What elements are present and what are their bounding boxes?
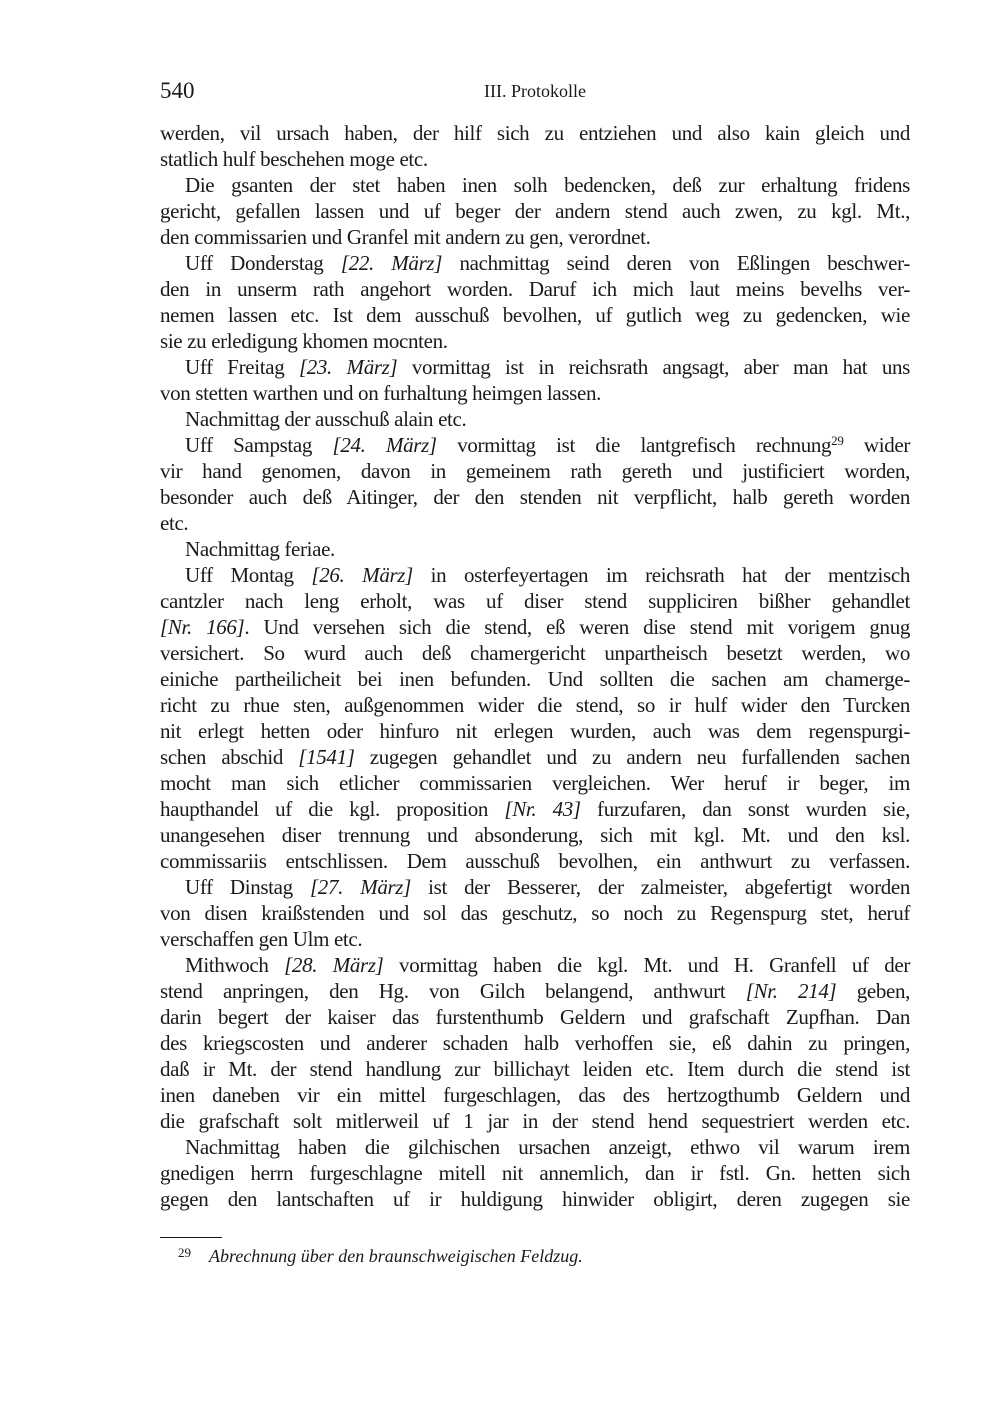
text-line: einiche partheilicheit bei inen befunden… — [160, 666, 910, 692]
footnote: 29Abrechnung über den braunschweigischen… — [178, 1240, 583, 1269]
text-line: inen daneben vir ein mittel furgeschlage… — [160, 1082, 910, 1108]
text-line: Mithwoch [28. März] vormittag haben die … — [160, 952, 910, 978]
text-line: Nachmittag haben die gilchischen ursache… — [160, 1134, 910, 1160]
text-line: commissariis entschlissen. Dem ausschuß … — [160, 848, 910, 874]
text-run: vormittag ist die lantgrefisch rechnung — [437, 433, 831, 457]
text-run: statlich hulf beschehen moge etc. — [160, 147, 428, 171]
text-run: stend anpringen, den Hg. von Gilch belan… — [160, 979, 746, 1003]
text-run: gegen den lantschaften uf ir huldigung h… — [160, 1187, 910, 1211]
text-run: Mithwoch — [185, 953, 284, 977]
text-run: in osterfeyertagen im reichsrath hat der… — [413, 563, 910, 587]
text-line: den in unserm rath angehort worden. Daru… — [160, 276, 910, 302]
footnote-number: 29 — [178, 1245, 191, 1260]
text-run: sie zu erledigung khomen mocnten. — [160, 329, 448, 353]
text-run: schen abschid — [160, 745, 298, 769]
text-run: . Und versehen sich die stend, eß weren … — [244, 615, 910, 639]
text-run: Die gsanten der stet haben inen solh bed… — [185, 173, 910, 197]
text-run: nemen lassen etc. Ist dem ausschuß bevol… — [160, 303, 910, 327]
text-run: unangesehen diser trennung und absonderu… — [160, 823, 910, 847]
text-run: wider — [843, 433, 910, 457]
text-run: versichert. So wurd auch deß chamergeric… — [160, 641, 910, 665]
text-run: commissariis entschlissen. Dem ausschuß … — [160, 849, 910, 873]
text-run: inen daneben vir ein mittel furgeschlage… — [160, 1083, 910, 1107]
text-run: verschaffen gen Ulm etc. — [160, 927, 362, 951]
text-line: den commissarien und Granfel mit andern … — [160, 224, 910, 250]
text-run: einiche partheilicheit bei inen befunden… — [160, 667, 910, 691]
editorial-reference: [Nr. 214] — [746, 979, 837, 1003]
text-line: vir hand genomen, davon in gemeinem rath… — [160, 458, 910, 484]
editorial-reference: [26. März] — [311, 563, 413, 587]
text-run: vormittag ist in reichsrath angsagt, abe… — [397, 355, 910, 379]
text-line: daß ir Mt. der stend handlung zur billic… — [160, 1056, 910, 1082]
text-line: cantzler nach leng erholt, was uf diser … — [160, 588, 910, 614]
text-run: gericht, gefallen lassen und uf beger de… — [160, 199, 910, 223]
text-line: versichert. So wurd auch deß chamergeric… — [160, 640, 910, 666]
text-run: ist der Besserer, der zalmeister, abgefe… — [411, 875, 910, 899]
text-run: Uff Donderstag — [185, 251, 341, 275]
editorial-reference: [28. März] — [284, 953, 383, 977]
text-line: statlich hulf beschehen moge etc. — [160, 146, 910, 172]
text-line: Nachmittag der ausschuß alain etc. — [160, 406, 910, 432]
text-run: etc. — [160, 511, 188, 535]
text-run: Uff Sampstag — [185, 433, 333, 457]
text-run: Nachmittag der ausschuß alain etc. — [185, 407, 466, 431]
text-run: daß ir Mt. der stend handlung zur billic… — [160, 1057, 910, 1081]
text-line: die grafschaft solt mitlerweil uf 1 jar … — [160, 1108, 910, 1134]
footnote-reference: 29 — [831, 433, 843, 448]
text-line: unangesehen diser trennung und absonderu… — [160, 822, 910, 848]
text-run: zugegen gehandlet und zu andern neu furf… — [355, 745, 910, 769]
text-line: nit erlegt hetten oder hinfuro nit erleg… — [160, 718, 910, 744]
footnote-text: Abrechnung über den braunschweigischen F… — [209, 1246, 583, 1266]
text-line: verschaffen gen Ulm etc. — [160, 926, 910, 952]
body-text: werden, vil ursach haben, der hilf sich … — [160, 120, 910, 1212]
text-line: nemen lassen etc. Ist dem ausschuß bevol… — [160, 302, 910, 328]
text-line: gericht, gefallen lassen und uf beger de… — [160, 198, 910, 224]
text-run: cantzler nach leng erholt, was uf diser … — [160, 589, 910, 613]
footnote-rule — [160, 1237, 222, 1238]
text-run: Uff Freitag — [185, 355, 299, 379]
text-line: [Nr. 166]. Und versehen sich die stend, … — [160, 614, 910, 640]
text-line: von stetten warthen und on furhaltung he… — [160, 380, 910, 406]
text-run: geben, — [836, 979, 910, 1003]
text-line: Uff Freitag [23. März] vormittag ist in … — [160, 354, 910, 380]
editorial-reference: [Nr. 43] — [504, 797, 580, 821]
text-run: furzufaren, dan sonst wurden sie, — [581, 797, 910, 821]
text-line: darin begert der kaiser das furstenthumb… — [160, 1004, 910, 1030]
text-run: des kriegscosten und anderer schaden hal… — [160, 1031, 910, 1055]
text-run: richt zu rhue sten, außgenommen wider di… — [160, 693, 910, 717]
text-run: Nachmittag feriae. — [185, 537, 335, 561]
text-line: Uff Sampstag [24. März] vormittag ist di… — [160, 432, 910, 458]
text-run: die grafschaft solt mitlerweil uf 1 jar … — [160, 1109, 910, 1133]
text-line: Uff Donderstag [22. März] nachmittag sei… — [160, 250, 910, 276]
text-run: werden, vil ursach haben, der hilf sich … — [160, 121, 910, 145]
text-run: von stetten warthen und on furhaltung he… — [160, 381, 601, 405]
page-header: 540 III. Protokolle — [160, 78, 910, 108]
text-run: Uff Montag — [185, 563, 311, 587]
text-line: gnedigen herrn furgeschlagne mitell nit … — [160, 1160, 910, 1186]
text-line: des kriegscosten und anderer schaden hal… — [160, 1030, 910, 1056]
text-line: gegen den lantschaften uf ir huldigung h… — [160, 1186, 910, 1212]
text-run: den commissarien und Granfel mit andern … — [160, 225, 651, 249]
text-line: Nachmittag feriae. — [160, 536, 910, 562]
editorial-reference: [27. März] — [310, 875, 411, 899]
text-run: vormittag haben die kgl. Mt. und H. Gran… — [383, 953, 910, 977]
text-line: richt zu rhue sten, außgenommen wider di… — [160, 692, 910, 718]
text-run: darin begert der kaiser das furstenthumb… — [160, 1005, 910, 1029]
text-line: schen abschid [1541] zugegen gehandlet u… — [160, 744, 910, 770]
text-line: haupthandel uf die kgl. proposition [Nr.… — [160, 796, 910, 822]
text-run: den in unserm rath angehort worden. Daru… — [160, 277, 910, 301]
editorial-reference: [23. März] — [299, 355, 397, 379]
editorial-reference: [24. März] — [333, 433, 437, 457]
text-run: Uff Dinstag — [185, 875, 310, 899]
text-run: gnedigen herrn furgeschlagne mitell nit … — [160, 1161, 910, 1185]
editorial-reference: [22. März] — [341, 251, 442, 275]
editorial-reference: [Nr. 166] — [160, 615, 244, 639]
document-page: 540 III. Protokolle werden, vil ursach h… — [0, 0, 1004, 1418]
text-line: Uff Montag [26. März] in osterfeyertagen… — [160, 562, 910, 588]
text-line: mocht man sich etlicher commissarien ver… — [160, 770, 910, 796]
running-head: III. Protokolle — [160, 81, 910, 102]
text-run: Nachmittag haben die gilchischen ursache… — [185, 1135, 910, 1159]
text-run: mocht man sich etlicher commissarien ver… — [160, 771, 910, 795]
text-run: nachmittag seind deren von Eßlingen besc… — [442, 251, 910, 275]
text-run: haupthandel uf die kgl. proposition — [160, 797, 504, 821]
text-run: von disen kraißstenden und sol das gesch… — [160, 901, 910, 925]
text-line: besonder auch deß Aitinger, der den sten… — [160, 484, 910, 510]
text-line: Uff Dinstag [27. März] ist der Besserer,… — [160, 874, 910, 900]
text-line: werden, vil ursach haben, der hilf sich … — [160, 120, 910, 146]
text-line: etc. — [160, 510, 910, 536]
text-line: sie zu erledigung khomen mocnten. — [160, 328, 910, 354]
editorial-reference: [1541] — [298, 745, 354, 769]
text-line: Die gsanten der stet haben inen solh bed… — [160, 172, 910, 198]
text-line: von disen kraißstenden und sol das gesch… — [160, 900, 910, 926]
text-run: besonder auch deß Aitinger, der den sten… — [160, 485, 910, 509]
text-line: stend anpringen, den Hg. von Gilch belan… — [160, 978, 910, 1004]
text-run: nit erlegt hetten oder hinfuro nit erleg… — [160, 719, 910, 743]
text-run: vir hand genomen, davon in gemeinem rath… — [160, 459, 910, 483]
